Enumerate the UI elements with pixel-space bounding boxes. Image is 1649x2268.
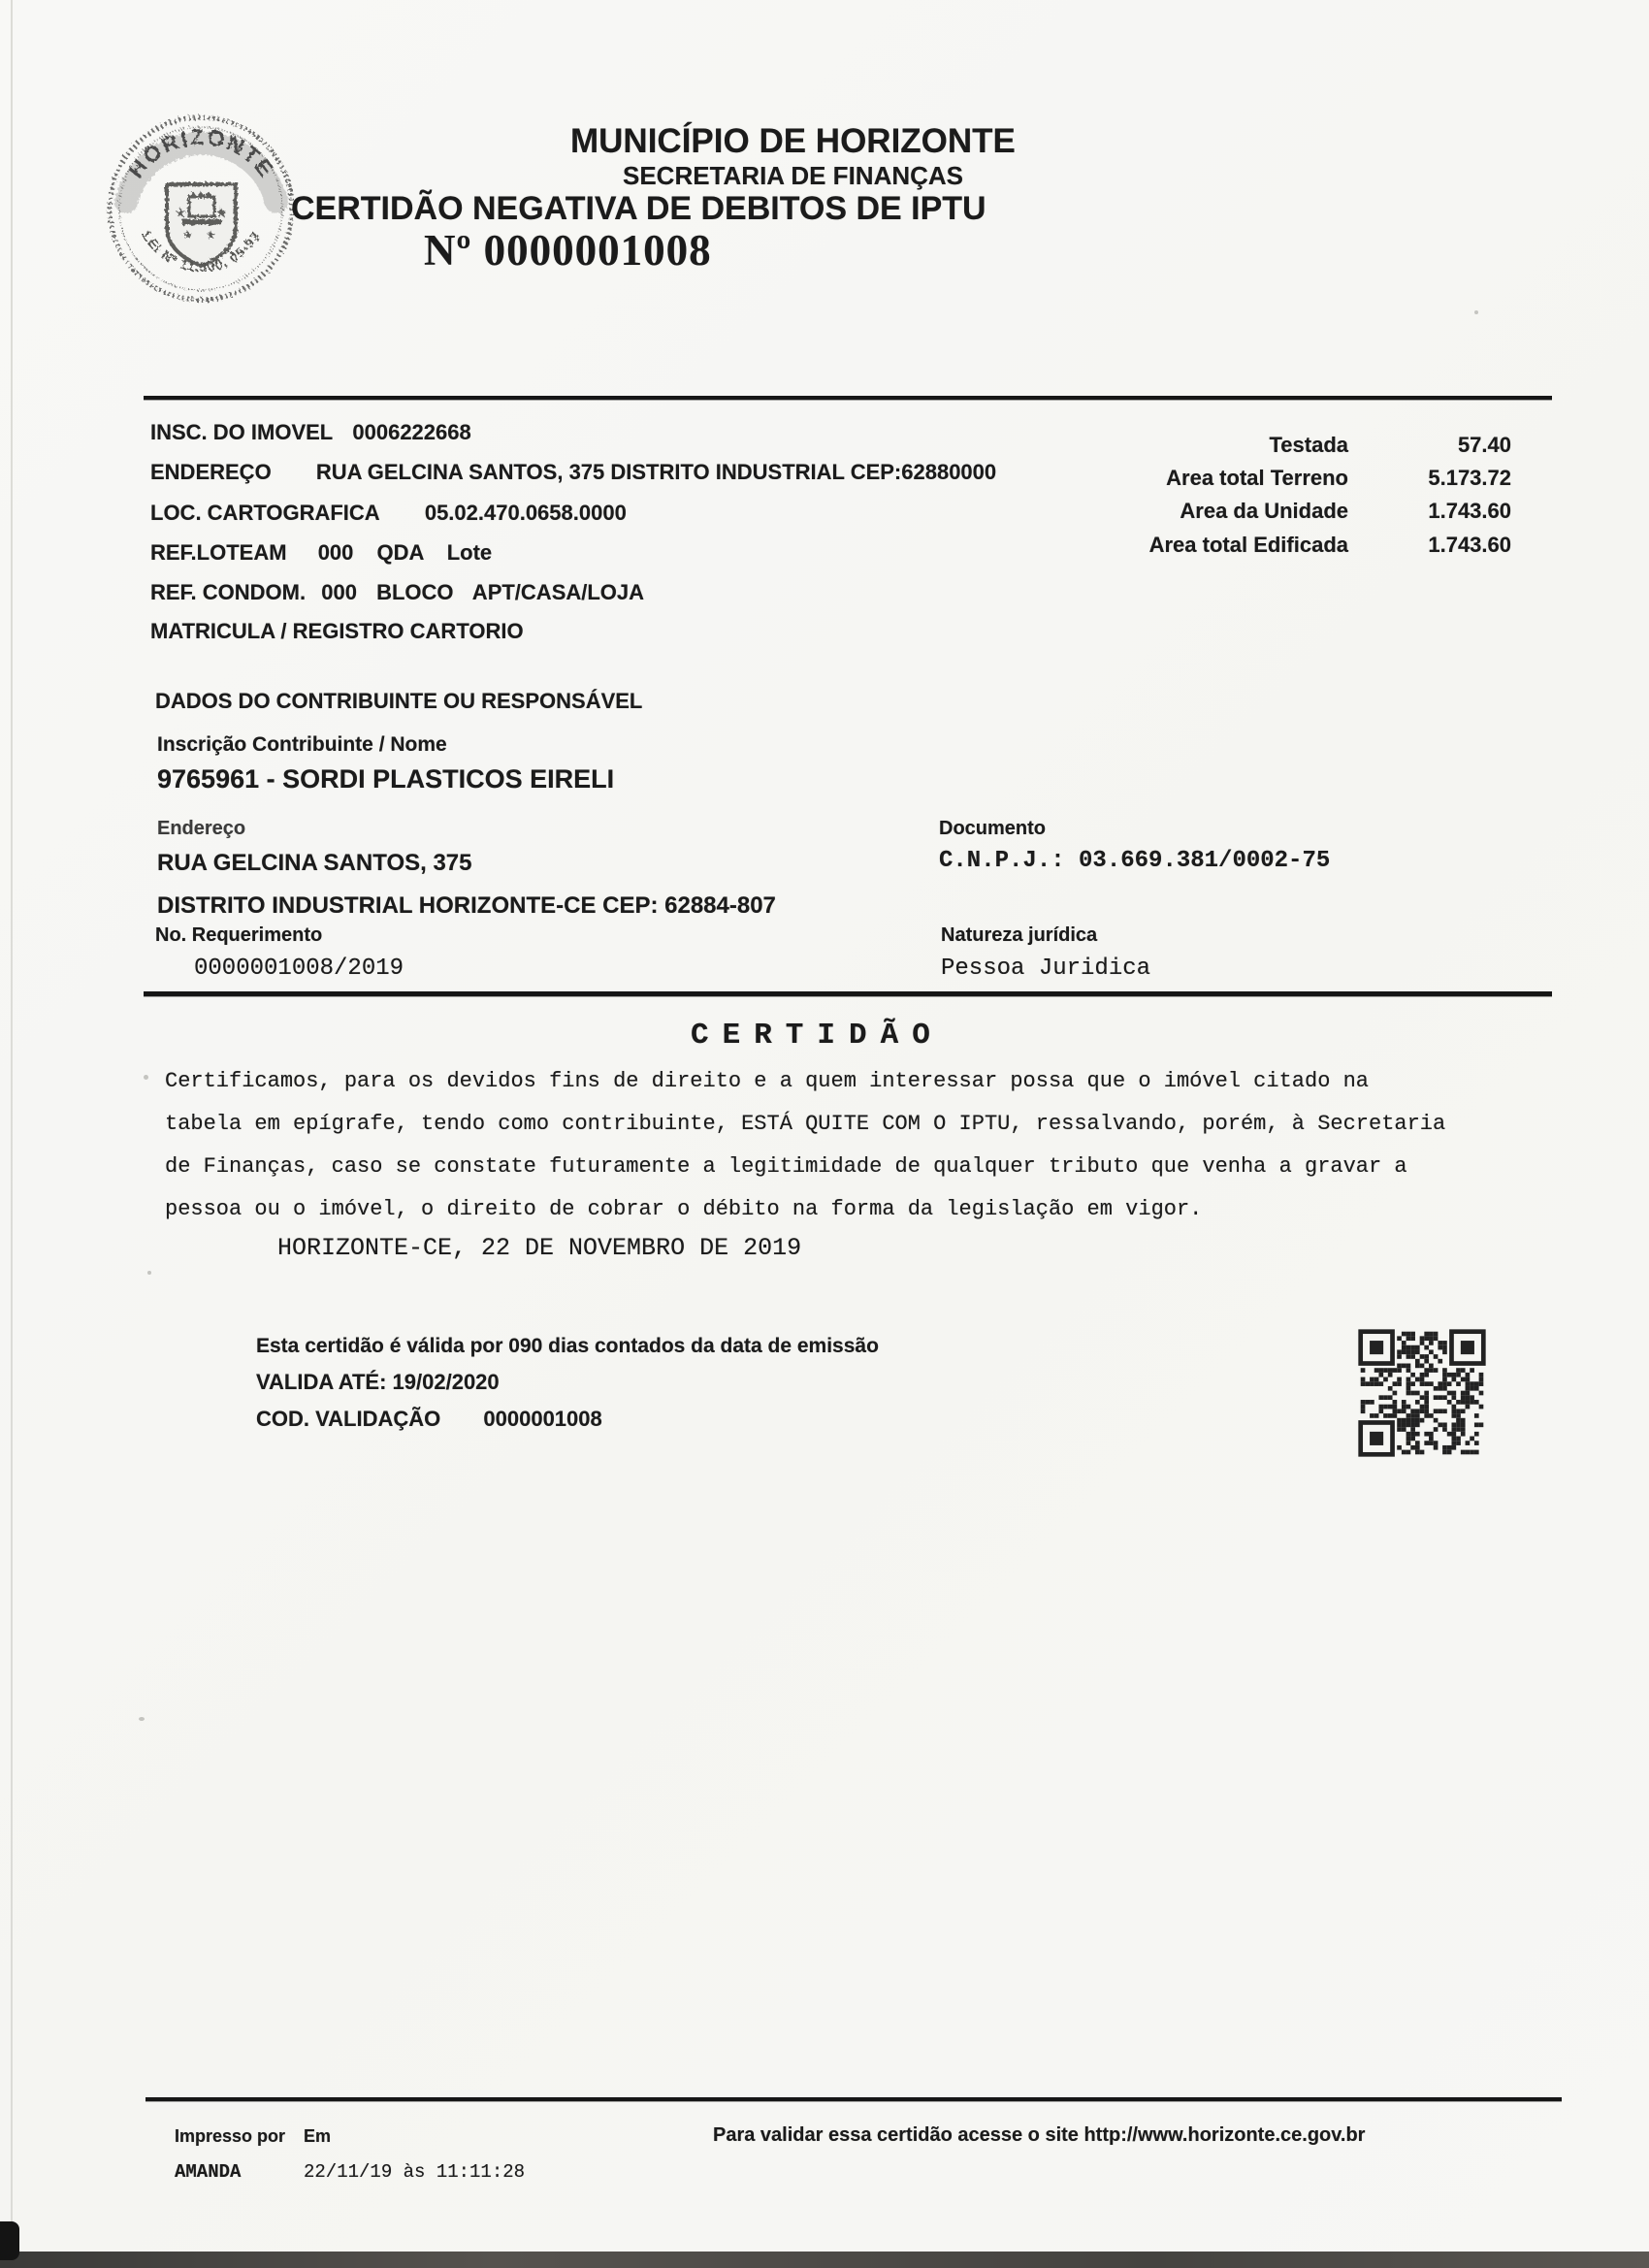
scan-artifact bbox=[147, 1271, 151, 1275]
testada-label: Testada bbox=[1269, 433, 1348, 458]
issue-date-line: HORIZONTE-CE, 22 DE NOVEMBRO DE 2019 bbox=[277, 1234, 801, 1262]
contribuinte-endereco-line1: RUA GELCINA SANTOS, 375 bbox=[157, 850, 472, 877]
scan-artifact bbox=[0, 2252, 1649, 2268]
testada-value: 57.40 bbox=[1458, 433, 1511, 458]
certidao-body-line: de Finanças, caso se constate futurament… bbox=[165, 1154, 1407, 1179]
area-unidade-value: 1.743.60 bbox=[1428, 499, 1511, 524]
documento-label: Documento bbox=[939, 818, 1046, 840]
seal-star-icon: ★ bbox=[175, 205, 187, 220]
qr-code bbox=[1356, 1327, 1488, 1459]
cod-validacao-label: COD. VALIDAÇÃO bbox=[256, 1407, 440, 1431]
certidao-body-line: pessoa ou o imóvel, o direito de cobrar … bbox=[165, 1197, 1202, 1221]
contribuinte-endereco-label: Endereço bbox=[157, 818, 245, 840]
area-terreno-label: Area total Terreno bbox=[1166, 466, 1348, 491]
cod-validacao-value: 0000001008 bbox=[483, 1407, 601, 1431]
area-unidade-label: Area da Unidade bbox=[1180, 499, 1348, 524]
matricula-label: MATRICULA / REGISTRO CARTORIO bbox=[150, 619, 524, 644]
area-edificada-value: 1.743.60 bbox=[1428, 533, 1511, 558]
requerimento-label: No. Requerimento bbox=[155, 924, 322, 947]
header-department: SECRETARIA DE FINANÇAS bbox=[623, 161, 963, 191]
endereco-imovel-value: RUA GELCINA SANTOS, 375 DISTRITO INDUSTR… bbox=[316, 460, 996, 484]
requerimento-value: 0000001008/2019 bbox=[194, 956, 404, 982]
scan-artifact bbox=[139, 1717, 145, 1721]
insc-imovel-value: 0006222668 bbox=[352, 420, 470, 444]
documento-value: C.N.P.J.: 03.669.381/0002-75 bbox=[939, 848, 1330, 874]
document-title: CERTIDÃO NEGATIVA DE DEBITOS DE IPTU bbox=[291, 190, 986, 228]
contribuinte-section-title: DADOS DO CONTRIBUINTE OU RESPONSÁVEL bbox=[155, 689, 642, 714]
insc-imovel-label: INSC. DO IMOVEL bbox=[150, 420, 333, 444]
validity-note: Esta certidão é válida por 090 dias cont… bbox=[256, 1335, 879, 1358]
scan-artifact bbox=[11, 0, 13, 2268]
em-label: Em bbox=[304, 2126, 331, 2147]
impresso-por-label: Impresso por bbox=[175, 2126, 285, 2147]
area-edificada-label: Area total Edificada bbox=[1149, 533, 1348, 558]
validation-site-note: Para validar essa certidão acesse o site… bbox=[713, 2124, 1365, 2147]
seal-star-icon: ★ bbox=[182, 228, 193, 242]
em-value: 22/11/19 às 11:11:28 bbox=[304, 2161, 525, 2183]
inscricao-nome-label: Inscrição Contribuinte / Nome bbox=[157, 733, 447, 757]
ref-condom-label: REF. CONDOM. bbox=[150, 580, 306, 604]
seal-star-icon: ★ bbox=[206, 228, 216, 242]
ref-loteam-value: 000 QDA Lote bbox=[318, 540, 492, 565]
valid-until: VALIDA ATÉ: 19/02/2020 bbox=[256, 1370, 500, 1395]
certificate-number: Nº 0000001008 bbox=[424, 225, 712, 275]
divider bbox=[144, 991, 1552, 996]
scan-artifact bbox=[1474, 310, 1478, 314]
divider bbox=[144, 396, 1552, 400]
natureza-value: Pessoa Juridica bbox=[941, 956, 1150, 982]
inscricao-nome-value: 9765961 - SORDI PLASTICOS EIRELI bbox=[157, 764, 614, 794]
ref-loteam-label: REF.LOTEAM bbox=[150, 540, 287, 565]
certidao-body-line: Certificamos, para os devidos fins de di… bbox=[165, 1069, 1369, 1093]
divider bbox=[145, 2097, 1562, 2101]
ref-condom-value: 000 BLOCO APT/CASA/LOJA bbox=[321, 580, 644, 604]
endereco-imovel-label: ENDEREÇO bbox=[150, 460, 272, 484]
area-terreno-value: 5.173.72 bbox=[1428, 466, 1511, 491]
scan-artifact bbox=[0, 2221, 19, 2260]
scan-artifact bbox=[144, 1075, 148, 1080]
certidao-body-line: tabela em epígrafe, tendo como contribui… bbox=[165, 1112, 1445, 1136]
header-municipality: MUNICÍPIO DE HORIZONTE bbox=[570, 122, 1016, 161]
contribuinte-endereco-line2: DISTRITO INDUSTRIAL HORIZONTE-CE CEP: 62… bbox=[157, 892, 776, 920]
scanned-certificate-page: HORIZONTE ★ ★ ★ ★ LEI Nº 11.300, 05-93 M… bbox=[0, 0, 1649, 2268]
natureza-label: Natureza jurídica bbox=[941, 924, 1097, 947]
certidao-heading: CERTIDÃO bbox=[691, 1019, 944, 1053]
loc-cartografica-value: 05.02.470.0658.0000 bbox=[425, 501, 627, 525]
impresso-por-value: AMANDA bbox=[175, 2161, 241, 2183]
seal-star-icon: ★ bbox=[215, 205, 228, 220]
loc-cartografica-label: LOC. CARTOGRAFICA bbox=[150, 501, 380, 525]
municipality-seal-logo: HORIZONTE ★ ★ ★ ★ LEI Nº 11.300, 05-93 bbox=[97, 105, 306, 313]
